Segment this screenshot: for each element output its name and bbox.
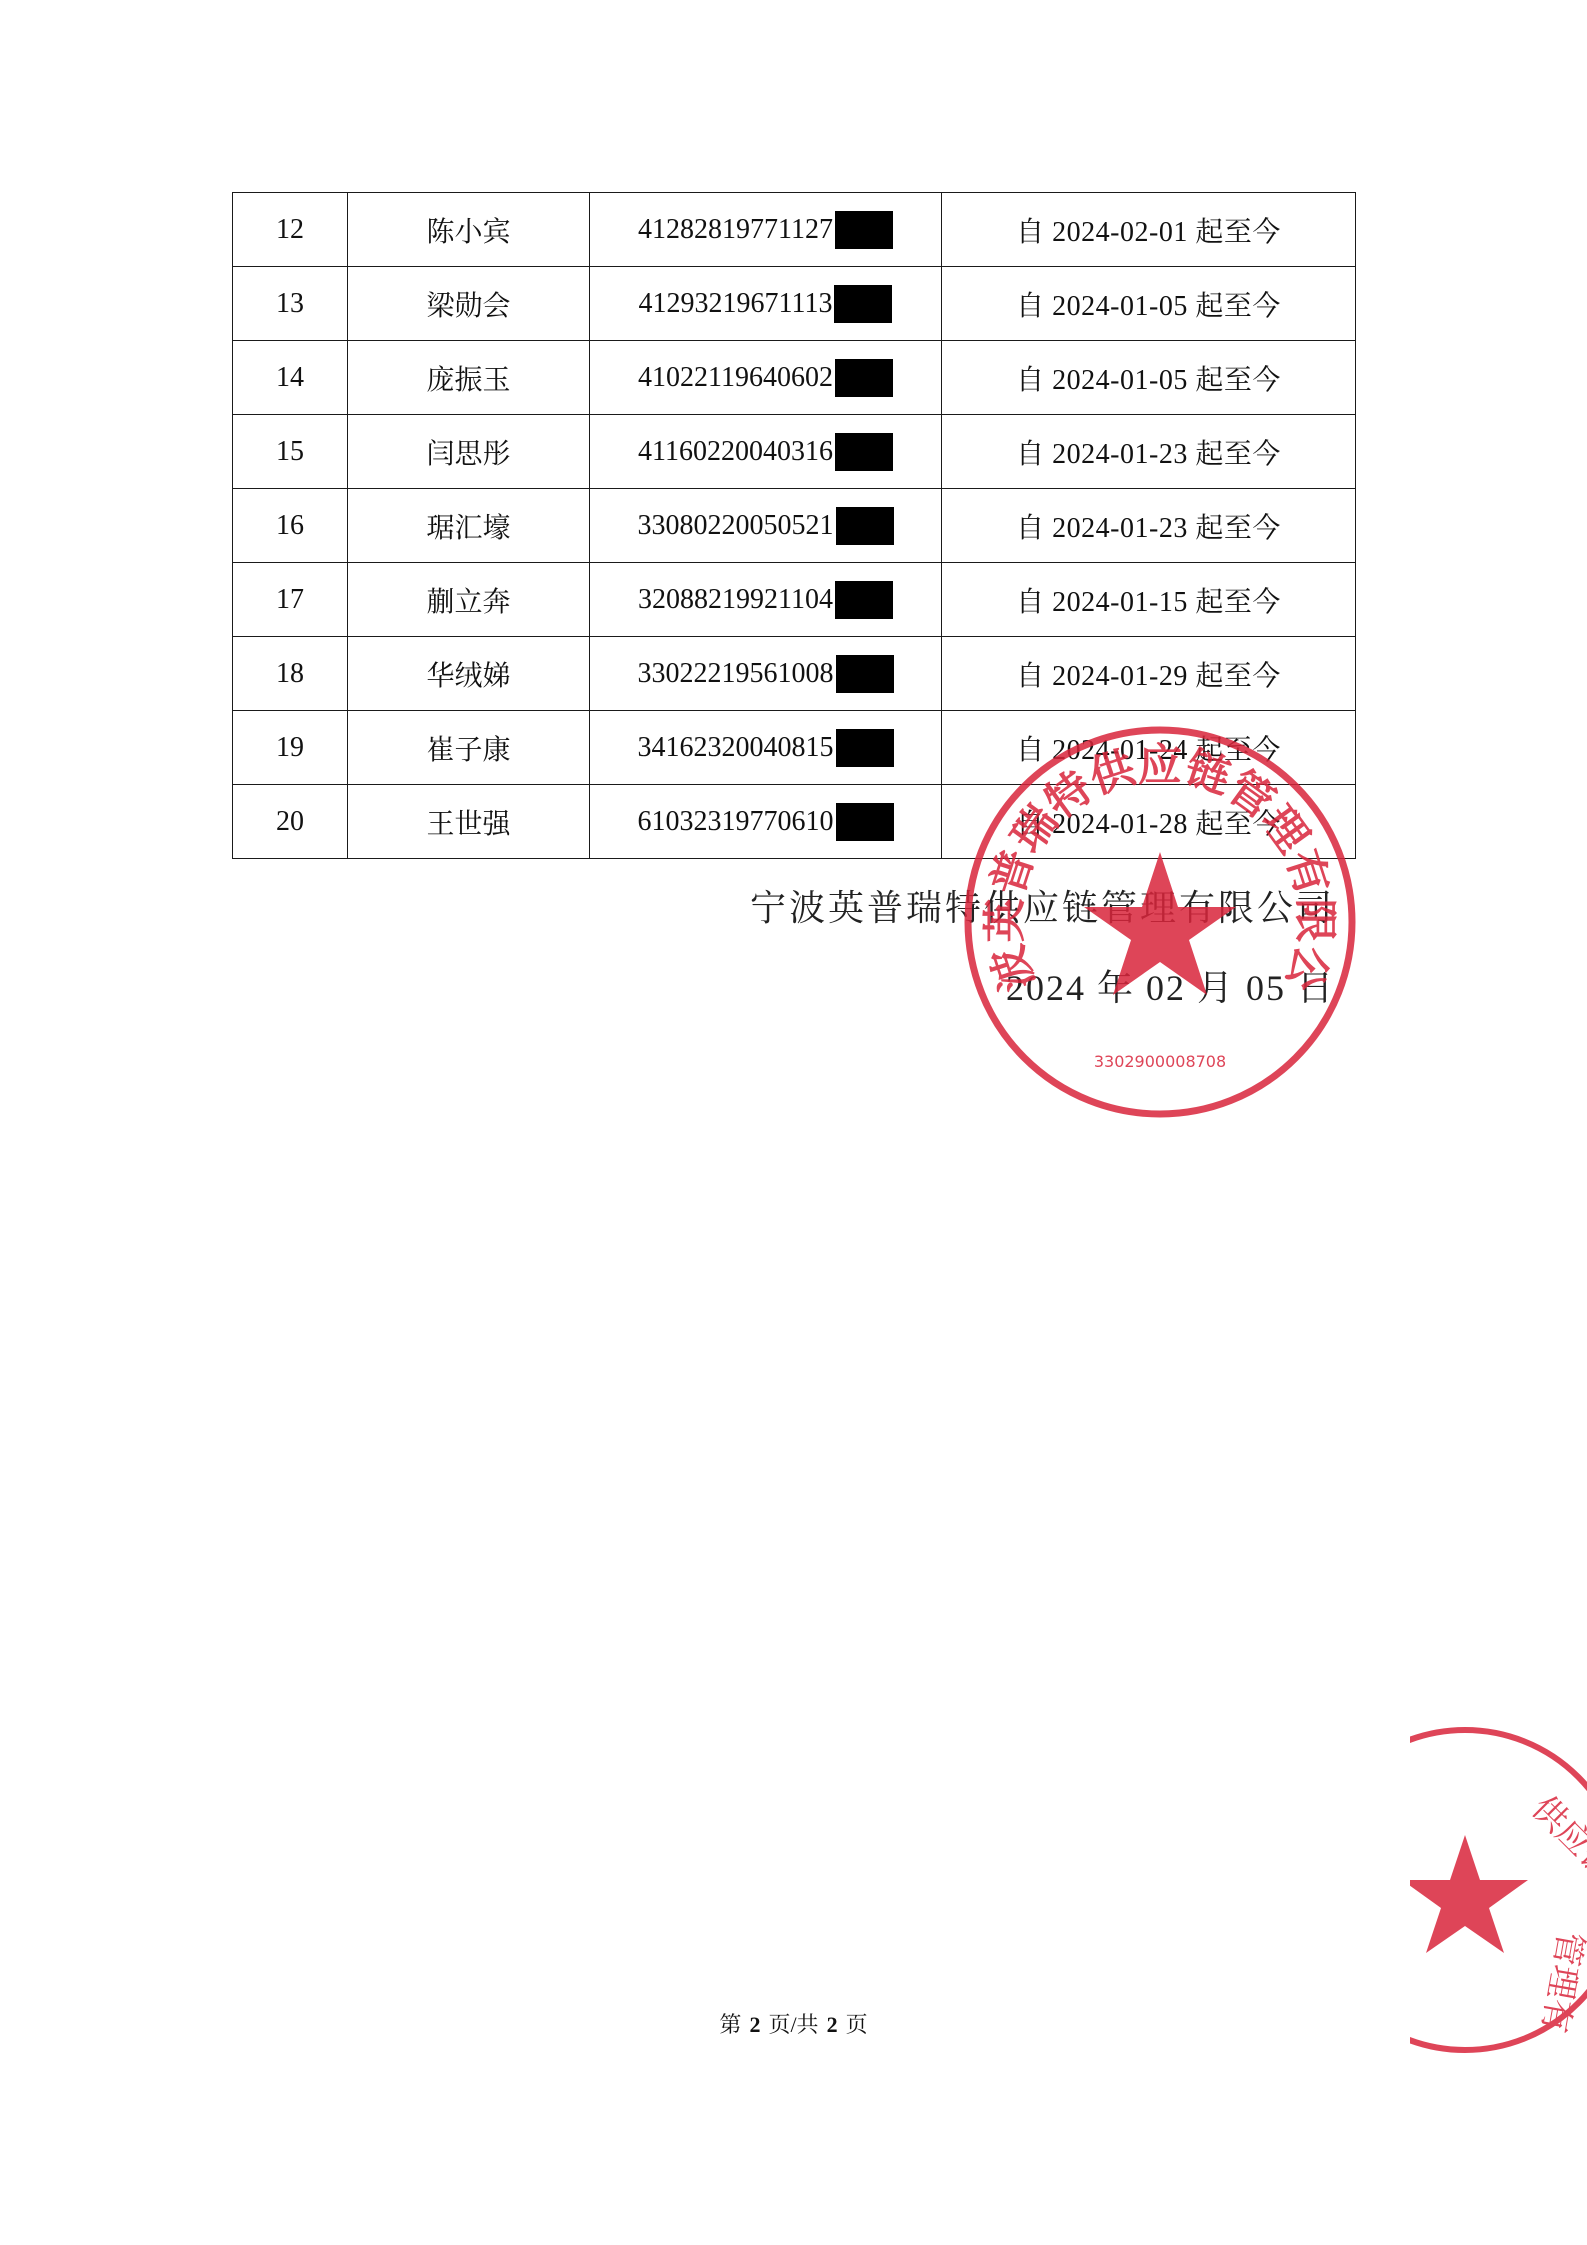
row-number: 12: [233, 193, 348, 267]
table-row: 12陈小宾41282819771127自 2024-02-01 起至今: [233, 193, 1356, 267]
table-row: 18华绒娣33022219561008自 2024-01-29 起至今: [233, 637, 1356, 711]
svg-text:3302900008708: 3302900008708: [1094, 1052, 1226, 1071]
row-number: 17: [233, 563, 348, 637]
id-number: 61032319770610: [590, 785, 942, 859]
employee-name: 蒯立奔: [348, 563, 590, 637]
table-row: 15闫思彤41160220040316自 2024-01-23 起至今: [233, 415, 1356, 489]
row-number: 20: [233, 785, 348, 859]
employment-period: 自 2024-01-05 起至今: [942, 341, 1356, 415]
employee-name: 陈小宾: [348, 193, 590, 267]
employment-period: 自 2024-01-24 起至今: [942, 711, 1356, 785]
document-page: 12陈小宾41282819771127自 2024-02-01 起至今13梁勋会…: [0, 0, 1587, 2245]
total-pages: 2: [827, 2012, 838, 2037]
redaction-block: [836, 655, 894, 693]
employment-period: 自 2024-01-29 起至今: [942, 637, 1356, 711]
row-number: 16: [233, 489, 348, 563]
employment-period: 自 2024-02-01 起至今: [942, 193, 1356, 267]
row-number: 14: [233, 341, 348, 415]
id-number: 32088219921104: [590, 563, 942, 637]
employment-period: 自 2024-01-23 起至今: [942, 415, 1356, 489]
employee-name: 王世强: [348, 785, 590, 859]
svg-text:供应链: 供应链: [1524, 1788, 1587, 1888]
redaction-block: [836, 507, 894, 545]
table-row: 20王世强61032319770610自 2024-01-28 起至今: [233, 785, 1356, 859]
id-number: 41282819771127: [590, 193, 942, 267]
employee-name: 庞振玉: [348, 341, 590, 415]
table-row: 16琚汇壕33080220050521自 2024-01-23 起至今: [233, 489, 1356, 563]
redaction-block: [835, 359, 893, 397]
table-row: 14庞振玉41022119640602自 2024-01-05 起至今: [233, 341, 1356, 415]
employee-name: 崔子康: [348, 711, 590, 785]
id-number: 34162320040815: [590, 711, 942, 785]
id-number: 33022219561008: [590, 637, 942, 711]
employment-period: 自 2024-01-28 起至今: [942, 785, 1356, 859]
id-number: 41160220040316: [590, 415, 942, 489]
page-footer: 第2页/共2页: [0, 2008, 1587, 2039]
employment-period: 自 2024-01-23 起至今: [942, 489, 1356, 563]
employee-name: 琚汇壕: [348, 489, 590, 563]
id-number: 33080220050521: [590, 489, 942, 563]
redaction-block: [836, 803, 894, 841]
row-number: 13: [233, 267, 348, 341]
row-number: 18: [233, 637, 348, 711]
redaction-block: [835, 581, 893, 619]
company-name: 宁波英普瑞特供应链管理有限公司: [750, 880, 1335, 931]
employment-period: 自 2024-01-15 起至今: [942, 563, 1356, 637]
employee-table: 12陈小宾41282819771127自 2024-02-01 起至今13梁勋会…: [232, 192, 1356, 859]
redaction-block: [834, 285, 892, 323]
employee-name: 梁勋会: [348, 267, 590, 341]
signature-date: 2024 年 02 月 05 日: [1006, 960, 1335, 1011]
table-row: 17蒯立奔32088219921104自 2024-01-15 起至今: [233, 563, 1356, 637]
table-row: 13梁勋会41293219671113自 2024-01-05 起至今: [233, 267, 1356, 341]
id-number: 41293219671113: [590, 267, 942, 341]
employment-period: 自 2024-01-05 起至今: [942, 267, 1356, 341]
current-page: 2: [749, 2012, 760, 2037]
row-number: 19: [233, 711, 348, 785]
redaction-block: [835, 433, 893, 471]
redaction-block: [835, 211, 893, 249]
redaction-block: [836, 729, 894, 767]
employee-name: 华绒娣: [348, 637, 590, 711]
row-number: 15: [233, 415, 348, 489]
table-row: 19崔子康34162320040815自 2024-01-24 起至今: [233, 711, 1356, 785]
employee-name: 闫思彤: [348, 415, 590, 489]
id-number: 41022119640602: [590, 341, 942, 415]
